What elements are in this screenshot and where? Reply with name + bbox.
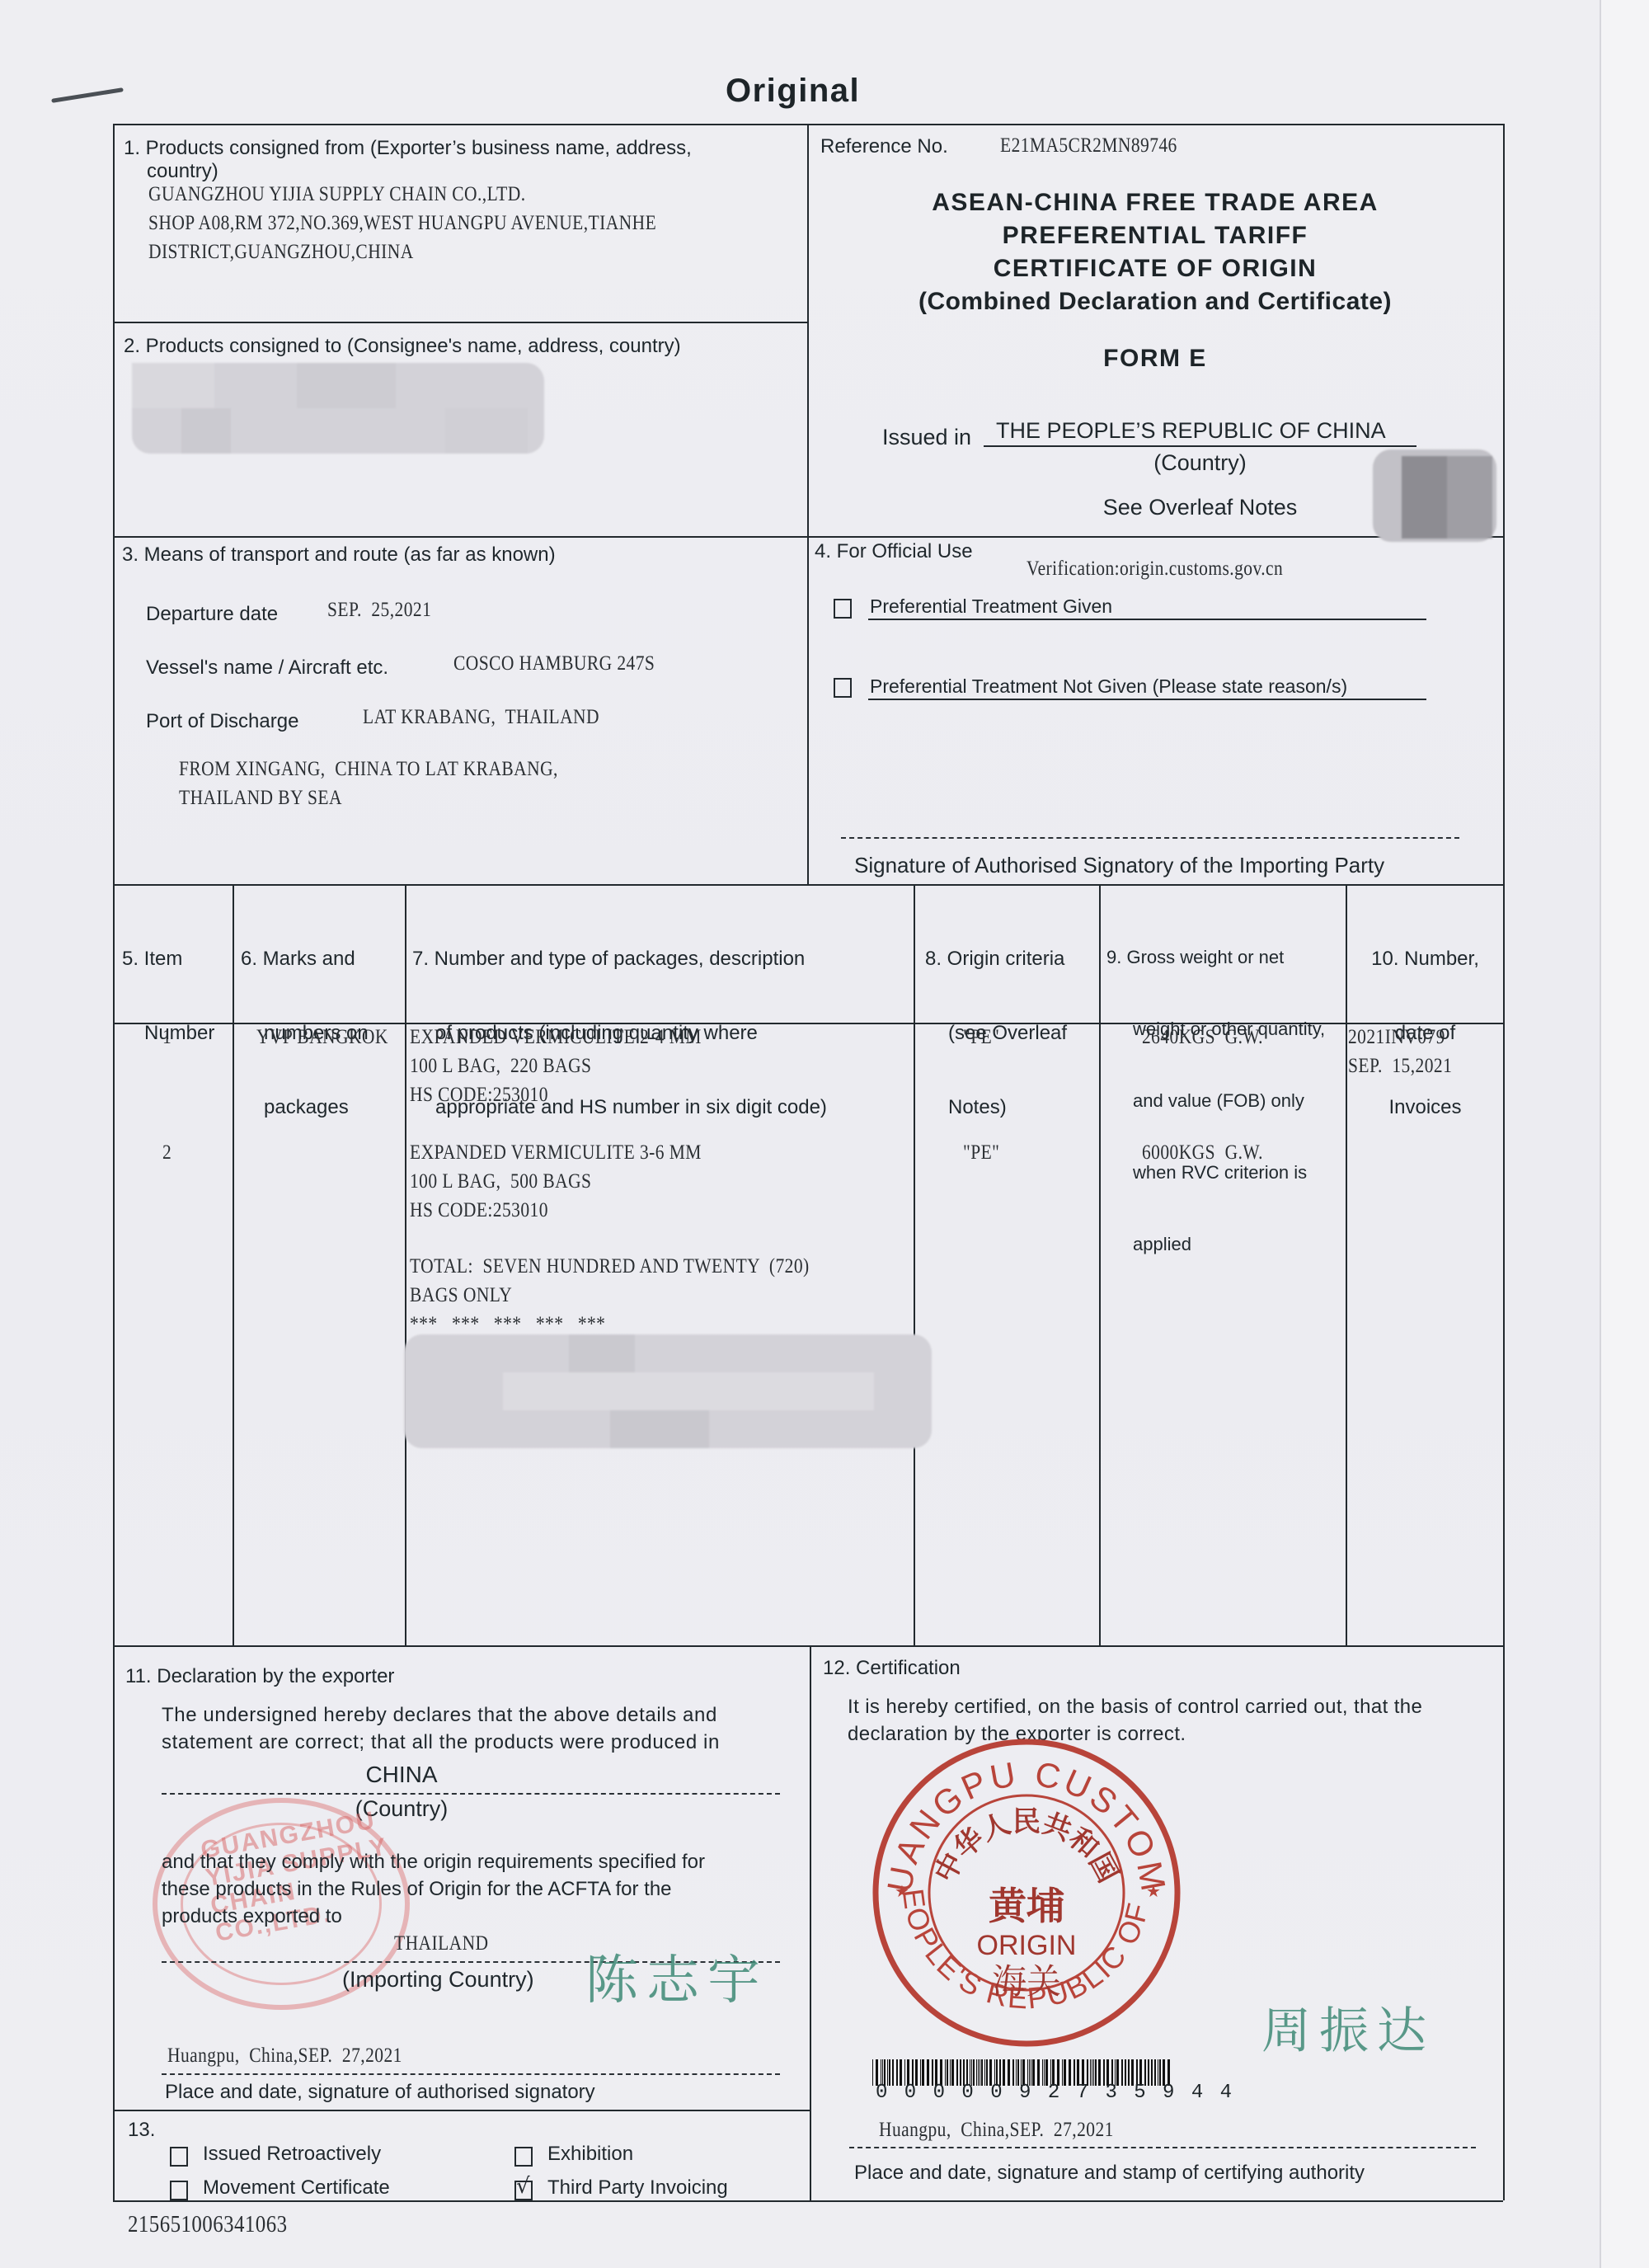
port-label: Port of Discharge (146, 709, 298, 734)
box11-text5: products exported to (162, 1904, 342, 1929)
issued-retroactively-label: Issued Retroactively (203, 2142, 381, 2167)
third-party-invoicing-checkbox[interactable] (514, 2181, 533, 2200)
box11-text1: The undersigned hereby declares that the… (162, 1703, 717, 1728)
preferential-not-given-line (868, 699, 1426, 700)
frame-bottom (113, 2200, 1503, 2202)
movement-certificate-label: Movement Certificate (203, 2176, 390, 2200)
importer-signature-line (841, 837, 1459, 839)
departure-date-label: Departure date (146, 602, 278, 627)
reference-number: E21MA5CR2MN89746 (1000, 131, 1177, 160)
item-1-invoice-number: 2021INV079 (1348, 1023, 1445, 1052)
item-2-desc-3: HS CODE:253010 (410, 1196, 548, 1225)
barcode-number: 0 0 0 0 0 9 2 7 3 5 9 4 4 (876, 2082, 1234, 2104)
produced-country-caption: (Country) (113, 1796, 690, 1821)
port-value: LAT KRABANG, THAILAND (363, 703, 599, 732)
box2-box3-sep (113, 536, 1503, 538)
produced-country: CHINA (113, 1762, 690, 1787)
route-line1: FROM XINGANG, CHINA TO LAT KRABANG, (179, 755, 558, 783)
svg-text:黄埔: 黄埔 (989, 1884, 1064, 1928)
lower-divider (810, 1645, 811, 2200)
svg-text:中华人民共和国: 中华人民共和国 (928, 1805, 1125, 1888)
certifier-place-caption: Place and date, signature and stamp of c… (854, 2161, 1365, 2186)
item-1-weight: 2640KGS G.W. (1142, 1023, 1263, 1052)
box2-label: 2. Products consigned to (Consignee's na… (124, 334, 681, 359)
box11-text4: these products in the Rules of Origin fo… (162, 1877, 672, 1902)
item-2-number: 2 (162, 1138, 171, 1167)
see-overleaf-notes: See Overleaf Notes (984, 495, 1416, 520)
exhibition-label: Exhibition (547, 2142, 633, 2167)
reference-label: Reference No. (820, 134, 948, 159)
goods-total-1: TOTAL: SEVEN HUNDRED AND TWENTY (720) (410, 1252, 810, 1281)
movement-certificate-checkbox[interactable] (170, 2181, 188, 2200)
svg-text:海关: 海关 (992, 1961, 1061, 2002)
goods-redaction (404, 1334, 932, 1448)
item-1-number: 1 (162, 1023, 171, 1052)
vessel-label: Vessel's name / Aircraft etc. (146, 656, 388, 680)
col-sep-6 (233, 884, 234, 1645)
box13-label: 13. (128, 2118, 155, 2143)
scan-edge (1600, 0, 1649, 2268)
certificate-serial: 215651006341063 (128, 2210, 288, 2239)
item-2-desc-2: 100 L BAG, 500 BAGS (410, 1167, 591, 1196)
item-2-origin: "PE" (963, 1138, 999, 1167)
item-1-desc-3: HS CODE:253010 (410, 1080, 548, 1109)
preferential-not-given-label: Preferential Treatment Not Given (Please… (870, 674, 1347, 699)
col8-header: 8. Origin criteria (see Overleaf Notes) (925, 897, 1067, 1145)
item-2-weight: 6000KGS G.W. (1142, 1138, 1263, 1167)
svg-text:ORIGIN: ORIGIN (977, 1930, 1077, 1961)
box11-text2: statement are correct; that all the prod… (162, 1730, 720, 1755)
form-title-line2: PREFERENTIAL TARIFF (807, 219, 1503, 252)
exporter-address-1: SHOP A08,RM 372,NO.369,WEST HUANGPU AVEN… (148, 209, 656, 238)
svg-text:★: ★ (1146, 1881, 1161, 1901)
exporter-signature: 陈志宇 (585, 1938, 768, 2014)
box12-label: 12. Certification (823, 1656, 961, 1681)
certifier-place-line (849, 2147, 1476, 2148)
exporter-name: GUANGZHOU YIJIA SUPPLY CHAIN CO.,LTD. (148, 180, 526, 209)
item-2-desc-1: EXPANDED VERMICULITE 3-6 MM (410, 1138, 702, 1167)
preferential-not-given-checkbox[interactable] (834, 678, 852, 698)
col-sep-8 (914, 884, 915, 1645)
verification-url: Verification:origin.customs.gov.cn (1027, 554, 1283, 583)
item-1-invoice-date: SEP. 15,2021 (1348, 1052, 1452, 1080)
box12-text1: It is hereby certified, on the basis of … (848, 1695, 1422, 1720)
preferential-given-label: Preferential Treatment Given (870, 594, 1112, 619)
col10-header: 10. Number, date of Invoices (1347, 897, 1503, 1145)
box1-label-line1: 1. Products consigned from (Exporter’s b… (124, 136, 692, 161)
issued-country-caption: (Country) (984, 450, 1416, 475)
customs-stamp: HUANGPU CUSTOMS THE PEOPLE'S REPUBLIC OF… (870, 1736, 1183, 2049)
col-sep-9 (1099, 884, 1101, 1645)
box4-label: 4. For Official Use (815, 539, 973, 564)
box11-box13-sep (113, 2110, 810, 2111)
consignee-redaction (132, 363, 544, 454)
frame-right (1503, 124, 1505, 2200)
col6-header: 6. Marks and numbers on packages (241, 897, 369, 1145)
route-line2: THAILAND BY SEA (179, 783, 342, 812)
exhibition-checkbox[interactable] (514, 2147, 533, 2167)
form-title-line1: ASEAN-CHINA FREE TRADE AREA (807, 186, 1503, 219)
third-party-invoicing-label: Third Party Invoicing (547, 2176, 728, 2200)
issued-in-underline (984, 445, 1416, 447)
box3-label: 3. Means of transport and route (as far … (122, 543, 556, 567)
frame-left (113, 124, 115, 2200)
box11-text3: and that they comply with the origin req… (162, 1850, 705, 1875)
departure-date-value: SEP. 25,2021 (327, 595, 431, 624)
item-1-desc-2: 100 L BAG, 220 BAGS (410, 1052, 591, 1080)
certifier-signature: 周振达 (1261, 1992, 1435, 2063)
goods-bottom (113, 1645, 1503, 1647)
box11-label: 11. Declaration by the exporter (125, 1664, 394, 1689)
preferential-given-checkbox[interactable] (834, 599, 852, 619)
svg-text:★: ★ (895, 1881, 909, 1901)
produced-country-line (162, 1793, 780, 1795)
qr-code-redaction (1373, 449, 1496, 542)
col9-header: 9. Gross weight or net weight or other q… (1106, 897, 1325, 1280)
box1-box2-sep (113, 322, 807, 323)
importer-signature-caption: Signature of Authorised Signatory of the… (854, 853, 1384, 878)
item-marks: YVP BANGKOK (256, 1023, 388, 1052)
importing-country-caption: (Importing Country) (342, 1967, 534, 1992)
goods-top (113, 884, 1503, 886)
document-title: Original (726, 73, 860, 110)
importing-country: THAILAND (394, 1929, 489, 1958)
issued-in-country: THE PEOPLE’S REPUBLIC OF CHINA (996, 418, 1386, 443)
exporter-place-line (162, 2073, 780, 2075)
exporter-address-2: DISTRICT,GUANGZHOU,CHINA (148, 238, 414, 266)
preferential-given-line (868, 619, 1426, 620)
goods-total-2: BAGS ONLY (410, 1281, 512, 1310)
exporter-place-date: Huangpu, China,SEP. 27,2021 (167, 2041, 402, 2070)
issued-retroactively-checkbox[interactable] (170, 2147, 188, 2167)
issued-in-label: Issued in (882, 425, 971, 449)
form-title-line4: (Combined Declaration and Certificate) (807, 285, 1503, 318)
exporter-place-caption: Place and date, signature of authorised … (165, 2080, 595, 2105)
form-name: FORM E (807, 342, 1503, 375)
col-sep-7 (405, 884, 406, 1645)
certifier-place-date: Huangpu, China,SEP. 27,2021 (879, 2115, 1114, 2144)
item-1-desc-1: EXPANDED VERMICULITE 2-4 MM (410, 1023, 702, 1052)
item-1-origin: "PE" (963, 1023, 999, 1052)
vessel-value: COSCO HAMBURG 247S (453, 649, 655, 678)
form-title-line3: CERTIFICATE OF ORIGIN (807, 252, 1503, 285)
